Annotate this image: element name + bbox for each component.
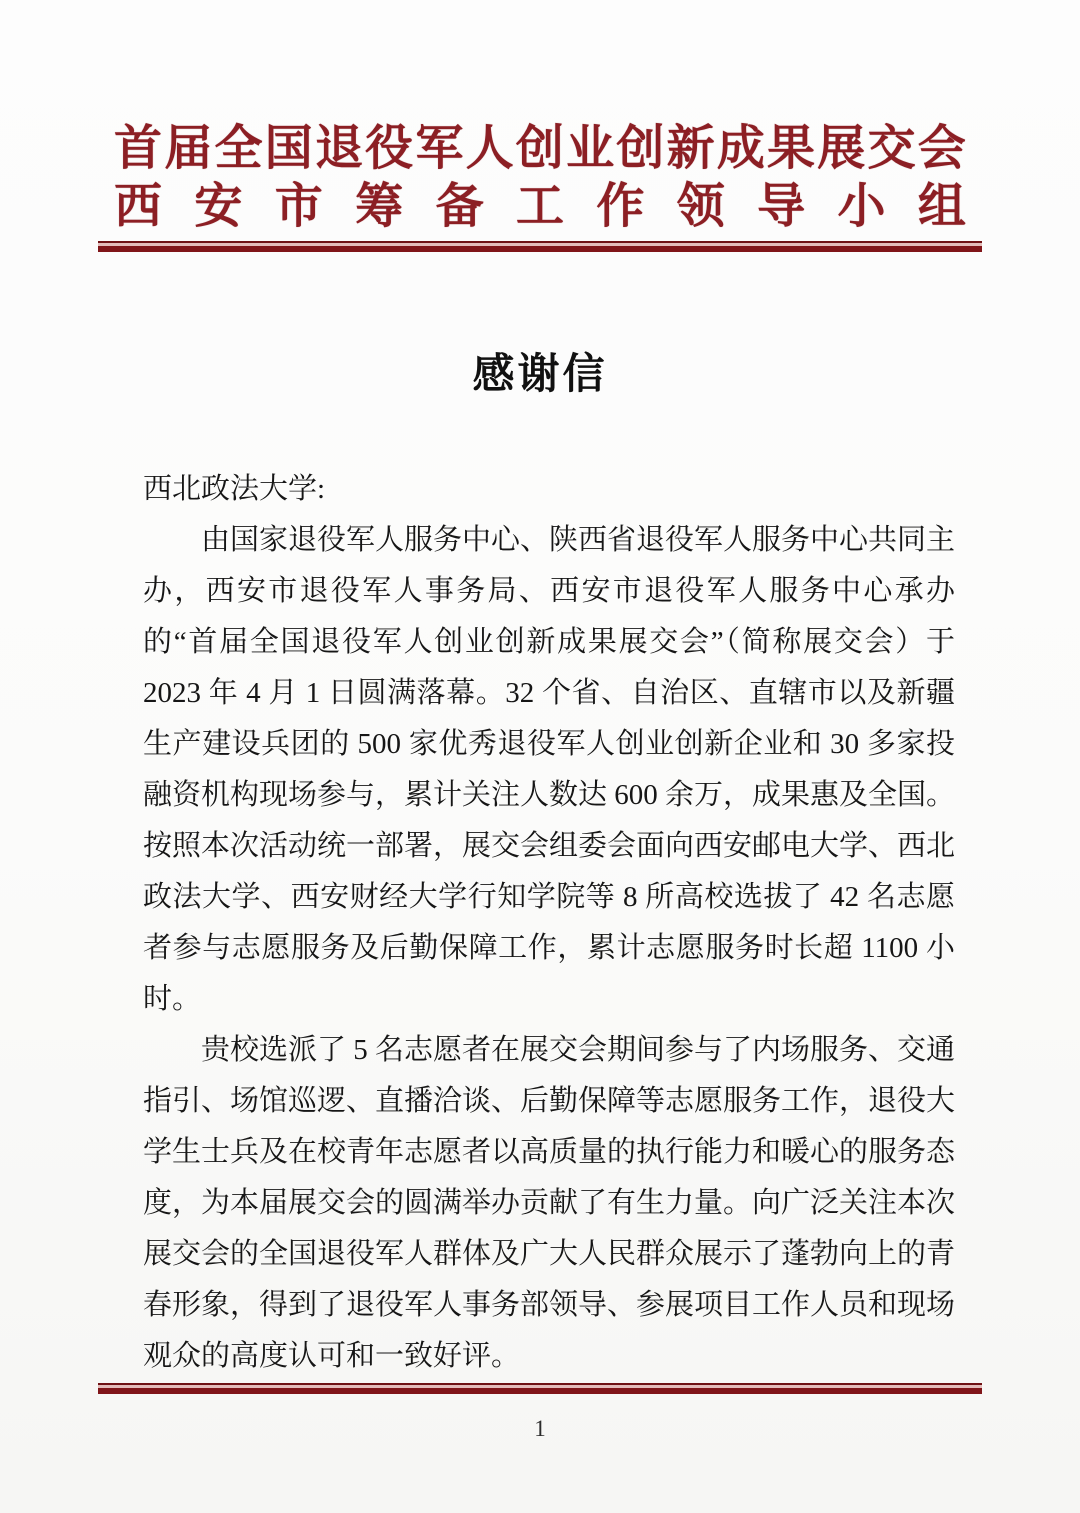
letter-body: 西北政法大学: 由国家退役军人服务中心、陕西省退役军人服务中心共同主办，西安市退… [143, 464, 955, 1382]
letterhead: 首届全国退役军人创业创新成果展交会 西安市筹备工作领导小组 [114, 120, 966, 236]
letter-title: 感谢信 [0, 352, 1080, 398]
letter-page: 首届全国退役军人创业创新成果展交会 西安市筹备工作领导小组 感谢信 西北政法大学… [0, 0, 1080, 1513]
letterhead-line1: 首届全国退役军人创业创新成果展交会 [114, 120, 966, 178]
body-paragraph-2: 贵校选派了 5 名志愿者在展交会期间参与了内场服务、交通指引、场馆巡逻、直播洽谈… [143, 1025, 955, 1382]
letterhead-line2: 西安市筹备工作领导小组 [114, 178, 966, 236]
body-paragraph-1: 由国家退役军人服务中心、陕西省退役军人服务中心共同主办，西安市退役军人事务局、西… [143, 515, 955, 1025]
footer-rule-divider [98, 1383, 982, 1394]
salutation: 西北政法大学: [143, 464, 955, 515]
header-rule-divider [98, 241, 982, 252]
page-number: 1 [0, 1416, 1080, 1442]
